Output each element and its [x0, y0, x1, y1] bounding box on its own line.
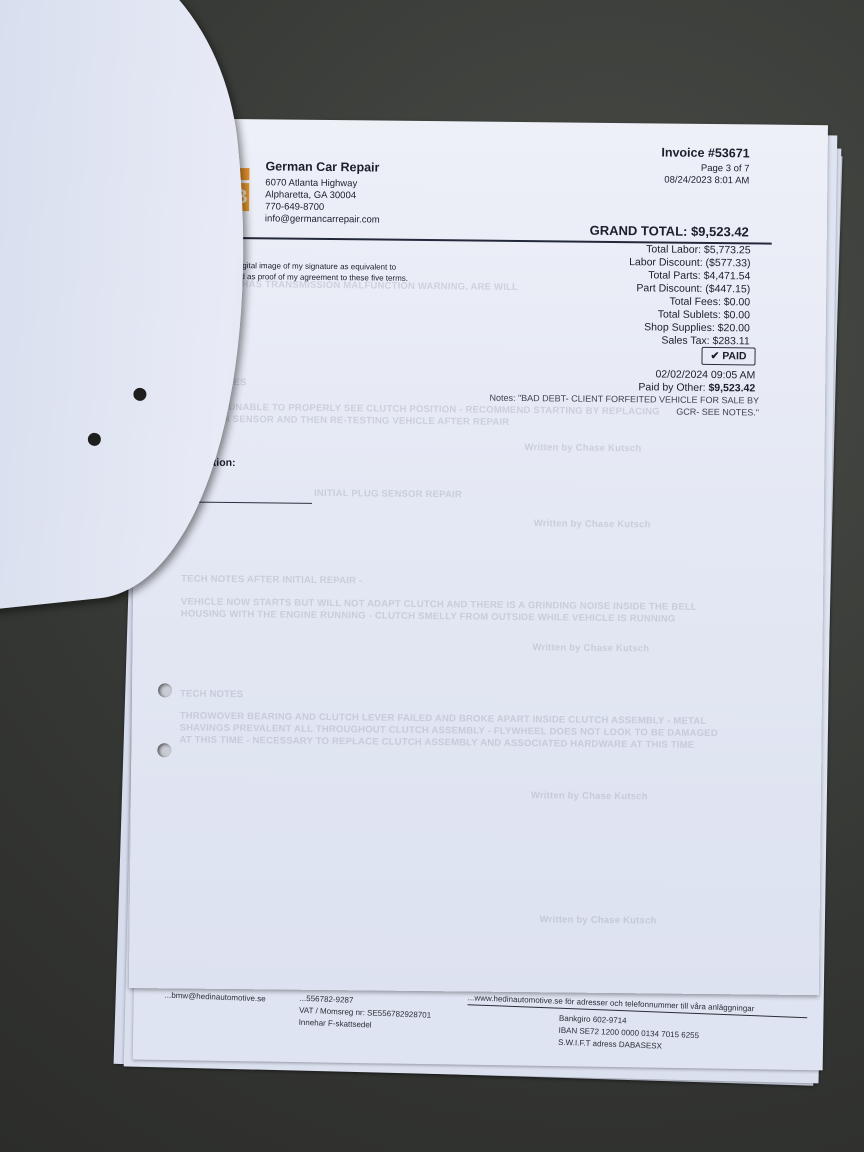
invoice-page-count: Page 3 of 7: [661, 162, 749, 175]
showthrough-text: POSITION SENSOR AND THEN RE-TESTING VEHI…: [183, 413, 510, 427]
total-sublets: Total Sublets: $0.00: [628, 308, 750, 322]
grand-total: GRAND TOTAL: $9,523.42: [590, 223, 749, 240]
totals-breakdown: Total Labor: $5,773.25 Labor Discount: (…: [628, 243, 750, 348]
showthrough-text: Written by Chase Kutsch: [532, 642, 649, 654]
total-fees: Total Fees: $0.00: [629, 295, 751, 309]
showthrough-text: Written by Chase Kutsch: [531, 790, 648, 802]
footer-vat-block: ...556782-9287 VAT / Momsreg nr: SE55678…: [298, 993, 431, 1034]
company-name: German Car Repair: [265, 159, 380, 174]
invoice-number: Invoice #53671: [661, 145, 749, 160]
showthrough-text: INITIAL PLUG SENSOR REPAIR: [314, 488, 462, 501]
invoice-datetime: 08/24/2023 8:01 AM: [661, 174, 749, 187]
total-parts: Total Parts: $4,471.54: [629, 269, 751, 283]
total-labor: Total Labor: $5,773.25: [629, 243, 751, 257]
punch-hole: [133, 387, 147, 401]
invoice-header: Invoice #53671 Page 3 of 7 08/24/2023 8:…: [661, 145, 750, 187]
footer-bank-block: Bankgiro 602-9714 IBAN SE72 1200 0000 01…: [558, 1013, 700, 1054]
footer-email: ...bmw@hedinautomotive.se: [164, 991, 265, 1004]
paid-status-badge: ✔ PAID: [701, 347, 755, 366]
paid-by-label: Paid by Other:: [638, 381, 705, 394]
underpage-footer: ...bmw@hedinautomotive.se ...556782-9287…: [147, 985, 830, 1101]
punch-hole: [158, 683, 172, 697]
payment-datetime: 02/02/2024 09:05 AM: [639, 368, 756, 382]
showthrough-text: Written by Chase Kutsch: [540, 914, 657, 926]
paid-status-label: PAID: [722, 350, 746, 362]
punch-hole: [157, 743, 171, 757]
showthrough-text: Written by Chase Kutsch: [525, 442, 642, 454]
paid-amount: $9,523.42: [708, 381, 755, 393]
showthrough-text: Written by Chase Kutsch: [534, 518, 651, 530]
check-icon: ✔: [710, 350, 719, 362]
showthrough-text: TECH NOTES AFTER INITIAL REPAIR -: [181, 573, 362, 586]
showthrough-text: TECH NOTES: [180, 688, 243, 700]
paid-by-other: Paid by Other: $9,523.42: [638, 381, 755, 395]
company-email: info@germancarrepair.com: [265, 213, 380, 226]
company-info: German Car Repair 6070 Atlanta Highway A…: [265, 159, 380, 226]
labor-discount: Labor Discount: ($577.33): [629, 256, 751, 270]
part-discount: Part Discount: ($447.15): [629, 282, 751, 296]
payment-info: 02/02/2024 09:05 AM Paid by Other: $9,52…: [638, 368, 755, 394]
payment-notes: Notes: "BAD DEBT- CLIENT FORFEITED VEHIC…: [479, 392, 759, 419]
shop-supplies: Shop Supplies: $20.00: [628, 321, 750, 335]
punch-hole: [87, 432, 101, 446]
